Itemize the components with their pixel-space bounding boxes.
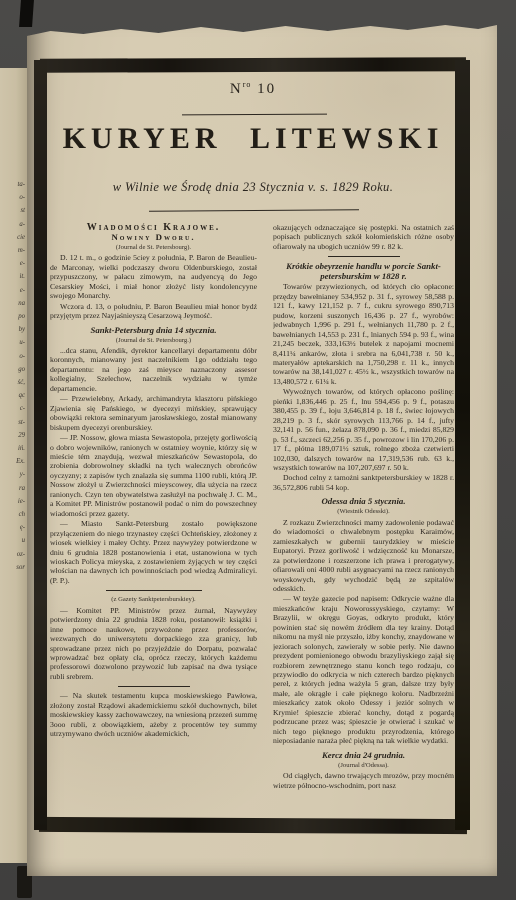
source-line: (Journal de St. Petersbourg.): [50, 336, 257, 345]
masthead-dateline: w Wilnie we Środę dnia 23 Stycznia v. s.…: [27, 180, 479, 195]
article-paragraph: Wczora d. 13, o południu, P. Baron Beaul…: [50, 302, 257, 321]
article-paragraph: Z rozkazu Zwierzchności mamy zadowolenie…: [273, 518, 454, 594]
section-heading-odessa: Odessa dnia 5 stycznia.: [279, 496, 448, 506]
section-heading-handel: Krótkie obeyrzenie handlu w porcie Sankt…: [279, 261, 448, 281]
issue-value: 10: [257, 81, 276, 97]
source-line: (Wiestnik Odesski).: [273, 507, 454, 516]
newspaper-title: KURYER LITEWSKI: [27, 122, 479, 156]
article-paragraph: Dochod celny z tamożni sanktpetersburski…: [273, 473, 454, 492]
issue-superscript: ro: [243, 80, 252, 89]
frame-border-top: [40, 57, 466, 72]
binding-corner-mark: [19, 0, 34, 27]
article-paragraph: — JP. Nossow, głowa miasta Sewastopola, …: [50, 433, 257, 518]
paper-sheet: Nro 10 KURYER LITEWSKI w Wilnie we Środę…: [27, 20, 497, 876]
source-line: (Journal de St. Petersbourg).: [50, 243, 257, 252]
section-heading-petersburg: Sankt-Petersburg dnia 14 stycznia.: [56, 325, 251, 335]
scanned-newspaper-page: { "masthead": { "issue_prefix": "N", "is…: [0, 0, 516, 900]
article-paragraph: ...dca stanu, Afendik, dyrektor kancella…: [50, 346, 257, 393]
section-rule: [328, 256, 400, 257]
article-paragraph: — W teyże gazecie pod napisem: Odkrycie …: [273, 594, 454, 745]
article-paragraph: Towarów przywiezionych, od których cło o…: [273, 282, 454, 386]
article-paragraph: — Miasto Sankt-Petersburg zostało powięk…: [50, 519, 257, 585]
right-column: okazujących odznaczające się postępki. N…: [273, 223, 454, 815]
adjacent-page-edge: ta- o- st a- cie m- e- it. e- na po by u…: [0, 68, 27, 863]
article-paragraph: Wywoźnych towarów, od których opłacono p…: [273, 387, 454, 472]
article-paragraph: — Komitet PP. Ministrów przez żurnał, Na…: [50, 606, 257, 682]
source-line: (z Gazety Sanktpetersburskiey).: [50, 595, 257, 604]
dateline-rule: [149, 209, 359, 211]
section-heading-kercz: Kercz dnia 24 grudnia.: [279, 750, 448, 760]
section-heading-wiadomosci: Wiadomości Krajowe.: [50, 223, 257, 232]
section-rule: [106, 590, 202, 591]
section-rule: [118, 686, 190, 687]
margin-text-fragments: ta- o- st a- cie m- e- it. e- na po by u…: [1, 178, 25, 574]
frame-border-left: [34, 60, 47, 830]
left-column: Wiadomości Krajowe. Nowiny Dworu. (Journ…: [50, 223, 257, 815]
issue-number: Nro 10: [27, 80, 479, 98]
source-line: (Journal d'Odessa).: [273, 761, 454, 770]
frame-border-bottom: [39, 817, 467, 834]
issue-rule: [182, 114, 327, 116]
section-heading-nowiny: Nowiny Dworu.: [50, 233, 257, 242]
article-paragraph: okazujących odznaczające się postępki. N…: [273, 223, 454, 251]
article-paragraph: — Na skutek testamentu kupca moskiewskie…: [50, 691, 257, 738]
article-paragraph: D. 12 t. m., o godzinie 5ciey z południa…: [50, 253, 257, 300]
article-paragraph: — Przewielebny, Arkady, archimandryta kl…: [50, 394, 257, 432]
article-paragraph: Od ciągłych, dawno trwających mrozów, pr…: [273, 771, 454, 790]
frame-border-right: [455, 60, 470, 830]
issue-prefix: N: [230, 81, 243, 97]
